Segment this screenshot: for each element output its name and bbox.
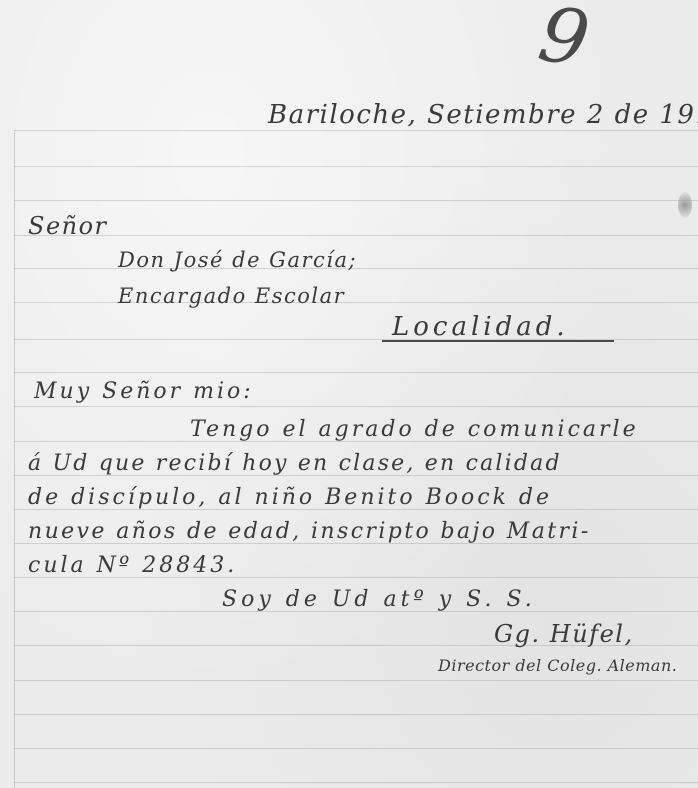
salutation-header: Señor [28,212,108,240]
ruled-line [14,372,698,373]
ruled-line [14,748,698,749]
addressee-location: Localidad. [392,312,569,342]
ruled-line [14,302,698,303]
signature: Gg. Hüfel, [494,620,634,648]
ruled-line [14,406,698,407]
body-line: nueve años de edad, inscripto bajo Matri… [28,519,591,544]
ruled-line [14,200,698,201]
margin-line [14,130,15,788]
body-line: á Ud que recibí hoy en clase, en calidad [28,451,562,476]
location-underline [382,340,614,342]
paper-smudge [678,192,692,218]
ruled-line [14,782,698,783]
body-line: de discípulo, al niño Benito Boock de [28,485,552,510]
letter-page: 9 Bariloche, Setiembre 2 de 1914. Señor … [0,0,698,788]
ruled-line [14,680,698,681]
page-number: 9 [533,0,596,85]
ruled-line [14,166,698,167]
place-date: Bariloche, Setiembre 2 de 1914. [268,100,698,130]
body-line: Tengo el agrado de comunicarle [190,417,639,442]
addressee-title: Encargado Escolar [118,284,345,308]
ruled-line [14,130,698,131]
greeting: Muy Señor mio: [34,379,254,404]
addressee-name: Don José de García; [118,248,357,272]
ruled-line [14,714,698,715]
ruled-line [14,235,698,236]
body-line: cula Nº 28843. [28,553,237,578]
signer-title: Director del Coleg. Aleman. [438,656,677,675]
closing: Soy de Ud atº y S. S. [222,587,536,612]
